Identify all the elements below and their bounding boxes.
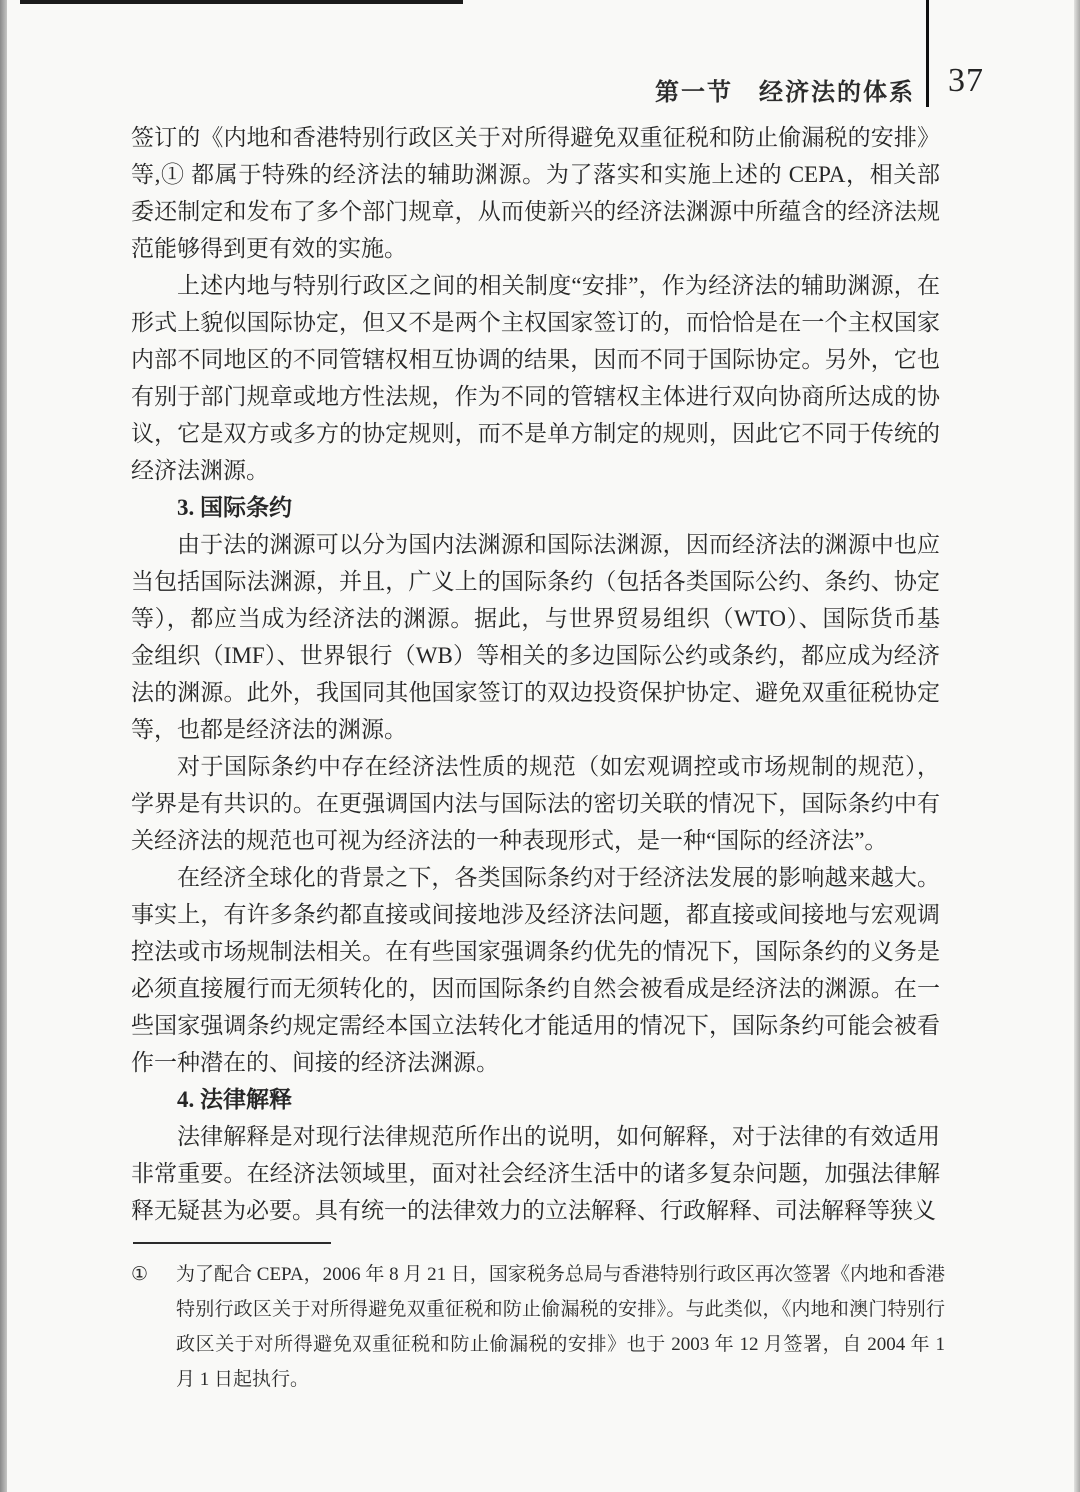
paragraph: 在经济全球化的背景之下，各类国际条约对于经济法发展的影响越来越大。事实上，有许多… xyxy=(131,859,940,1081)
footnote-marker: ① xyxy=(131,1257,176,1397)
page-number: 37 xyxy=(948,62,984,100)
scan-edge-left xyxy=(0,0,7,1492)
header-divider-line xyxy=(926,0,929,107)
section-title: 第一节 经济法的体系 xyxy=(655,72,915,107)
footnote-separator-rule xyxy=(133,1242,331,1244)
book-page: 第一节 经济法的体系 37 签订的《内地和香港特别行政区关于对所得避免双重征税和… xyxy=(0,0,1080,1492)
body-text: 签订的《内地和香港特别行政区关于对所得避免双重征税和防止偷漏税的安排》等,① 都… xyxy=(131,119,940,1229)
section-heading: 3. 国际条约 xyxy=(131,489,940,526)
paragraph: 法律解释是对现行法律规范所作出的说明，如何解释，对于法律的有效适用非常重要。在经… xyxy=(131,1118,940,1229)
paragraph: 上述内地与特别行政区之间的相关制度“安排”，作为经济法的辅助渊源，在形式上貌似国… xyxy=(131,267,940,489)
paragraph: 签订的《内地和香港特别行政区关于对所得避免双重征税和防止偷漏税的安排》等,① 都… xyxy=(131,119,940,267)
running-header: 第一节 经济法的体系 37 xyxy=(0,0,1080,120)
footnote: ① 为了配合 CEPA，2006 年 8 月 21 日，国家税务总局与香港特别行… xyxy=(131,1257,945,1397)
paragraph: 由于法的渊源可以分为国内法渊源和国际法渊源，因而经济法的渊源中也应当包括国际法渊… xyxy=(131,526,940,748)
scan-edge-right xyxy=(1074,0,1080,1492)
footnote-text: 为了配合 CEPA，2006 年 8 月 21 日，国家税务总局与香港特别行政区… xyxy=(176,1257,945,1397)
section-heading: 4. 法律解释 xyxy=(131,1081,940,1118)
paragraph: 对于国际条约中存在经济法性质的规范（如宏观调控或市场规制的规范），学界是有共识的… xyxy=(131,748,940,859)
